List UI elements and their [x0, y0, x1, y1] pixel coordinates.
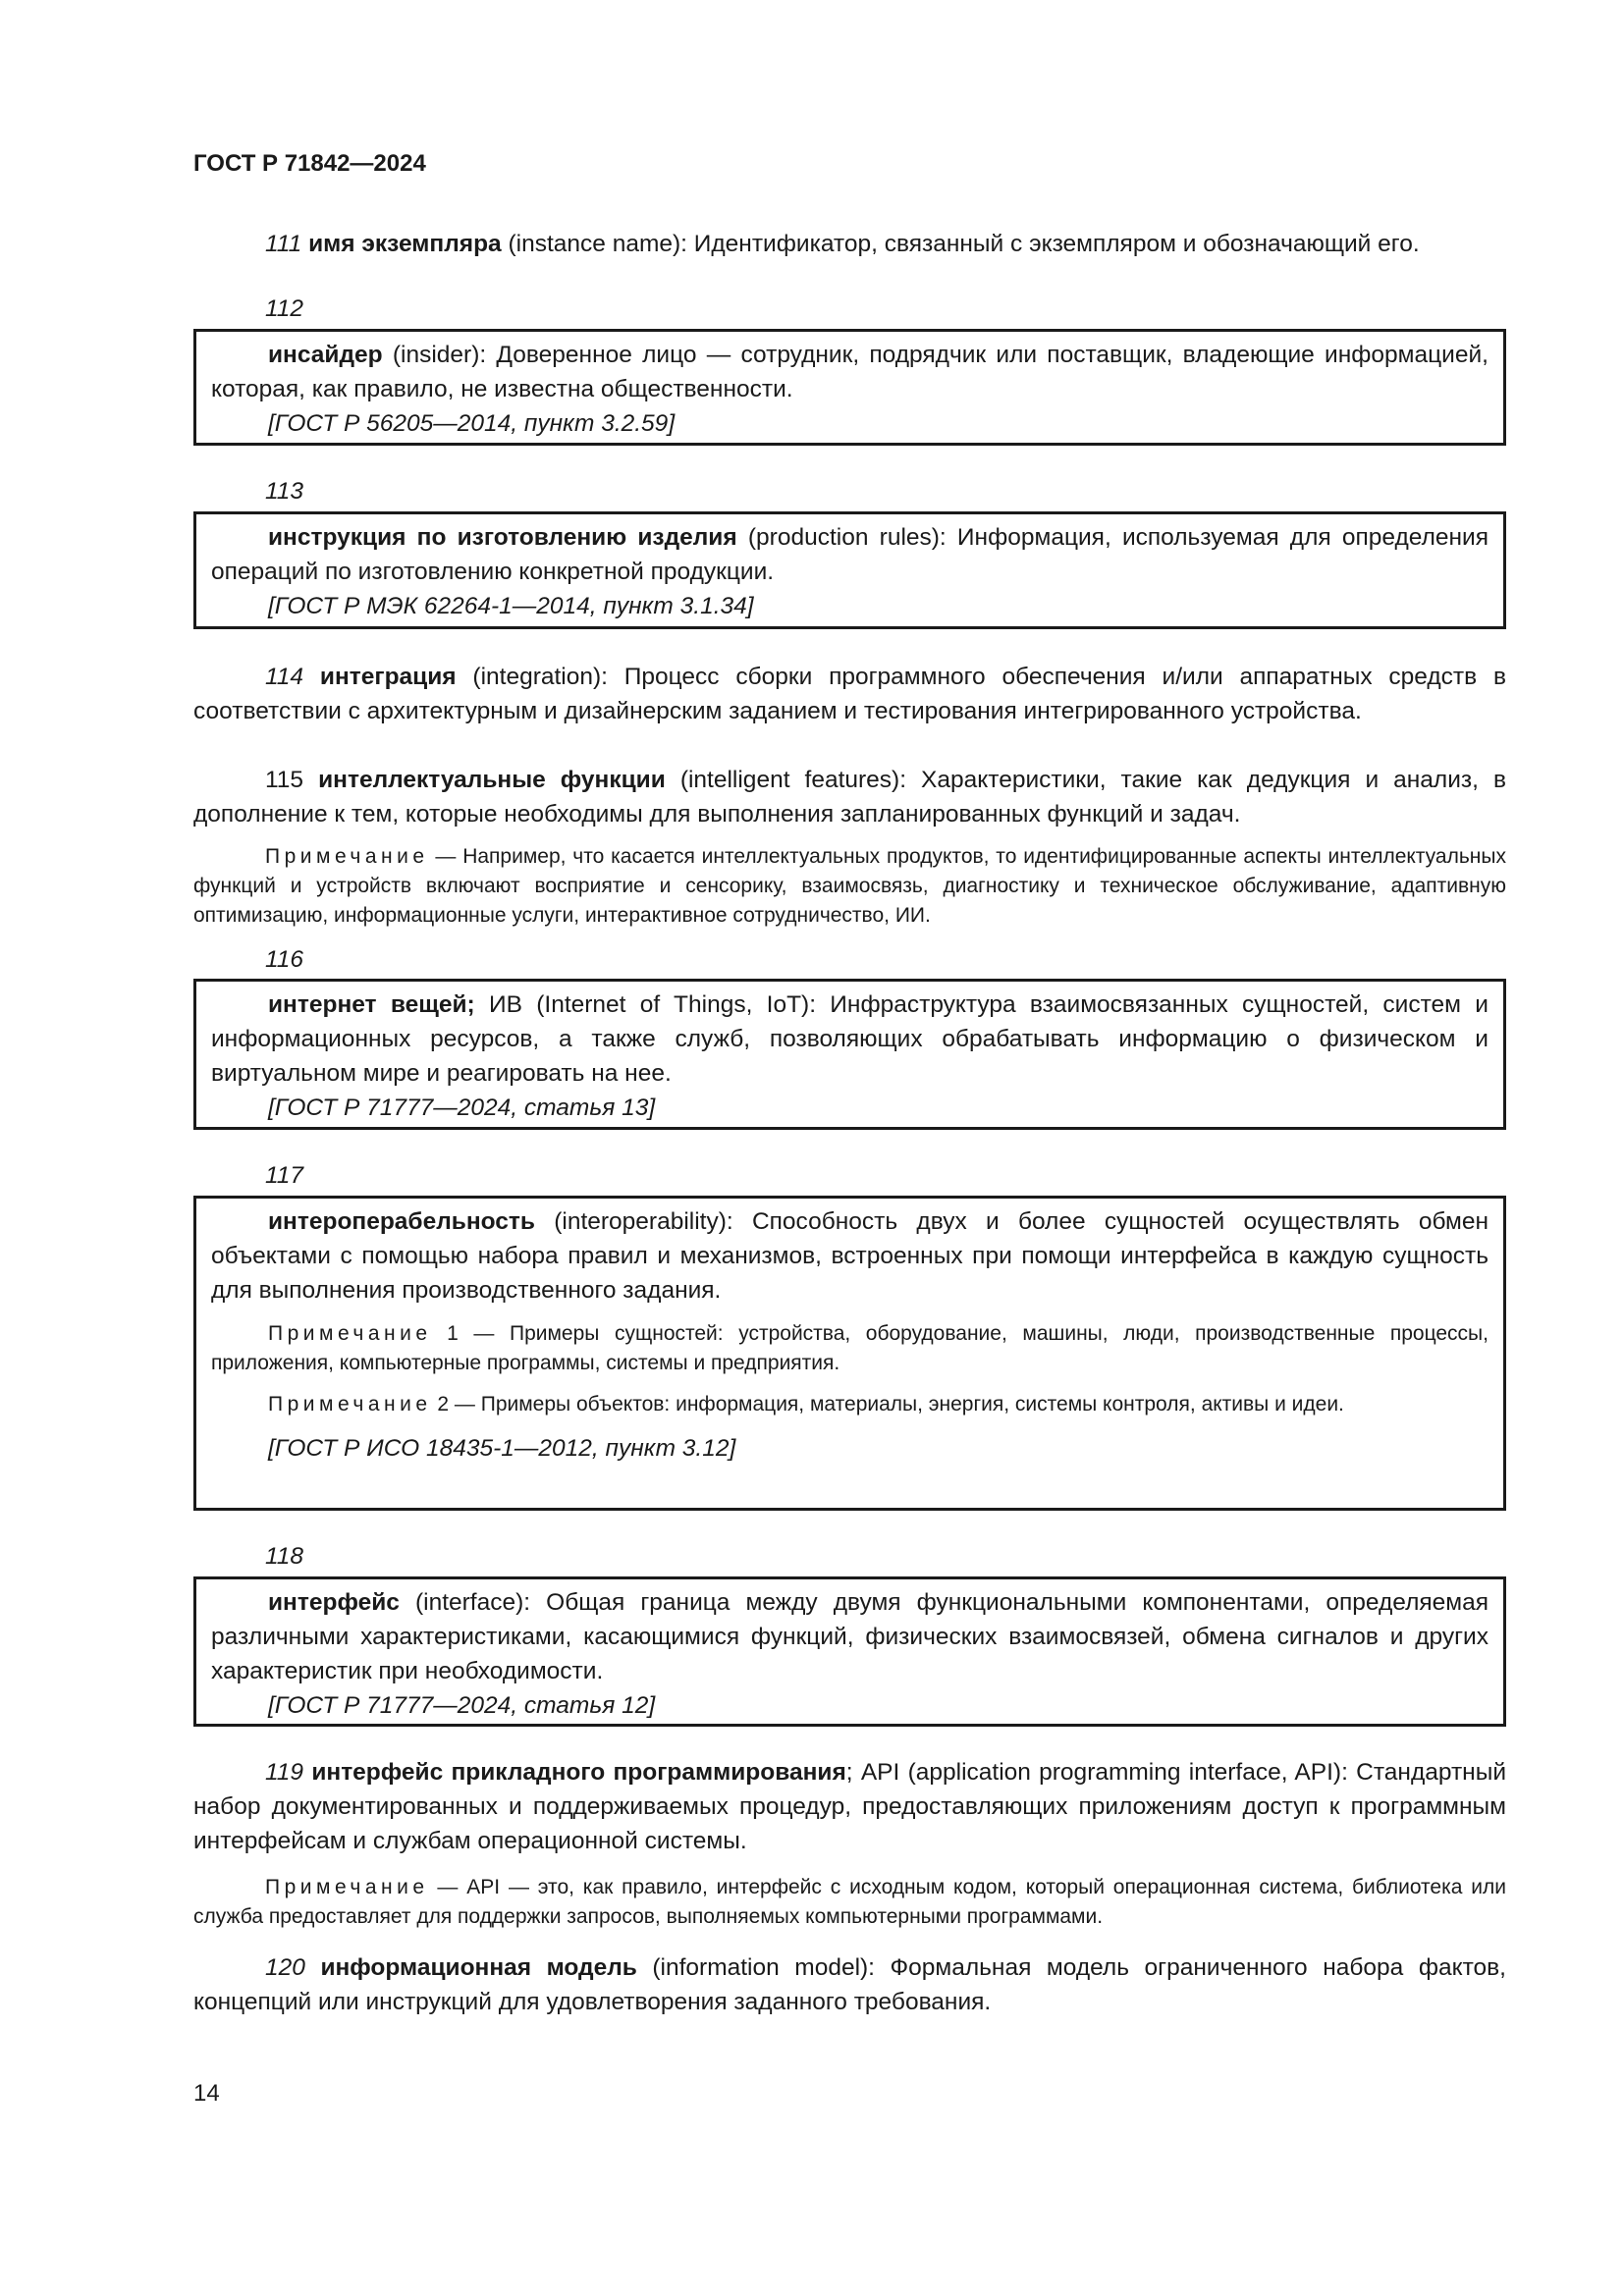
entry-115: 115 интеллектуальные функции (intelligen…: [193, 763, 1506, 831]
entry-111: 111 имя экземпляра (instance name): Иден…: [193, 227, 1506, 261]
entry-120: 120 информационная модель (information m…: [193, 1950, 1506, 2019]
entry-term: инструкция по изготовлению изделия: [268, 524, 737, 551]
entry-119-note: Примечание — API — это, как правило, инт…: [193, 1873, 1506, 1932]
entry-117: интероперабельность (interoperability): …: [211, 1204, 1489, 1308]
entry-source: [ГОСТ Р 71777—2024, статья 12]: [211, 1688, 1489, 1723]
note-label: Примечание: [265, 1876, 429, 1898]
entry-term: интероперабельность: [268, 1208, 535, 1235]
entry-112-number: 112: [193, 292, 1578, 326]
entry-118-number: 118: [193, 1539, 1578, 1574]
entry-term: инсайдер: [268, 342, 383, 368]
entry-definition: (insider): Доверенное лицо — сотрудник, …: [211, 342, 1489, 402]
entry-118-box: интерфейс (interface): Общая граница меж…: [193, 1576, 1506, 1727]
entry-112: инсайдер (insider): Доверенное лицо — со…: [211, 338, 1489, 406]
entry-117-box: интероперабельность (interoperability): …: [193, 1196, 1506, 1511]
entry-113: инструкция по изготовлению изделия (prod…: [211, 520, 1489, 589]
entry-114: 114 интеграция (integration): Процесс сб…: [193, 660, 1506, 728]
entry-119: 119 интерфейс прикладного программирован…: [193, 1755, 1506, 1858]
entry-term: интеллектуальные функции: [318, 767, 666, 793]
entry-116-box: интернет вещей; ИВ (Internet of Things, …: [193, 979, 1506, 1130]
note-label: Примечание: [268, 1322, 432, 1345]
entry-115-note: Примечание — Например, что касается инте…: [193, 842, 1506, 931]
entry-113-number: 113: [193, 474, 1578, 508]
entry-118: интерфейс (interface): Общая граница меж…: [211, 1585, 1489, 1688]
entry-112-box: инсайдер (insider): Доверенное лицо — со…: [193, 329, 1506, 446]
entry-term: интерфейс прикладного программирования: [311, 1759, 845, 1786]
note-label: Примечание: [265, 845, 429, 868]
note-text: 2 — Примеры объектов: информация, матери…: [432, 1393, 1344, 1415]
entry-source: [ГОСТ Р МЭК 62264-1—2014, пункт 3.1.34]: [211, 589, 1489, 623]
entry-term: информационная модель: [320, 1954, 636, 1981]
entry-number: 120: [265, 1954, 305, 1981]
document-header: ГОСТ Р 71842—2024: [193, 147, 1506, 181]
entry-definition: (interface): Общая граница между двумя ф…: [211, 1589, 1489, 1684]
entry-number: 115: [265, 767, 303, 793]
entry-term: интеграция: [320, 664, 457, 690]
page-number: 14: [193, 2077, 1506, 2110]
note-label: Примечание: [268, 1393, 432, 1415]
entry-term: имя экземпляра: [308, 231, 502, 257]
entry-117-note-1: Примечание 1 — Примеры сущностей: устрой…: [211, 1319, 1489, 1378]
entry-source: [ГОСТ Р 56205—2014, пункт 3.2.59]: [211, 406, 1489, 441]
entry-number: 114: [265, 664, 303, 690]
entry-source: [ГОСТ Р ИСО 18435-1—2012, пункт 3.12]: [211, 1431, 1489, 1466]
entry-term: интернет вещей;: [268, 991, 475, 1018]
entry-source: [ГОСТ Р 71777—2024, статья 13]: [211, 1091, 1489, 1125]
entry-117-number: 117: [193, 1158, 1578, 1193]
entry-113-box: инструкция по изготовлению изделия (prod…: [193, 511, 1506, 629]
entry-number: 111: [265, 231, 301, 257]
entry-term: интерфейс: [268, 1589, 400, 1616]
entry-definition: (instance name): Идентификатор, связанны…: [502, 231, 1420, 257]
entry-116: интернет вещей; ИВ (Internet of Things, …: [211, 988, 1489, 1091]
entry-116-number: 116: [193, 942, 1578, 977]
entry-117-note-2: Примечание 2 — Примеры объектов: информа…: [211, 1390, 1489, 1419]
entry-number: 119: [265, 1759, 303, 1786]
